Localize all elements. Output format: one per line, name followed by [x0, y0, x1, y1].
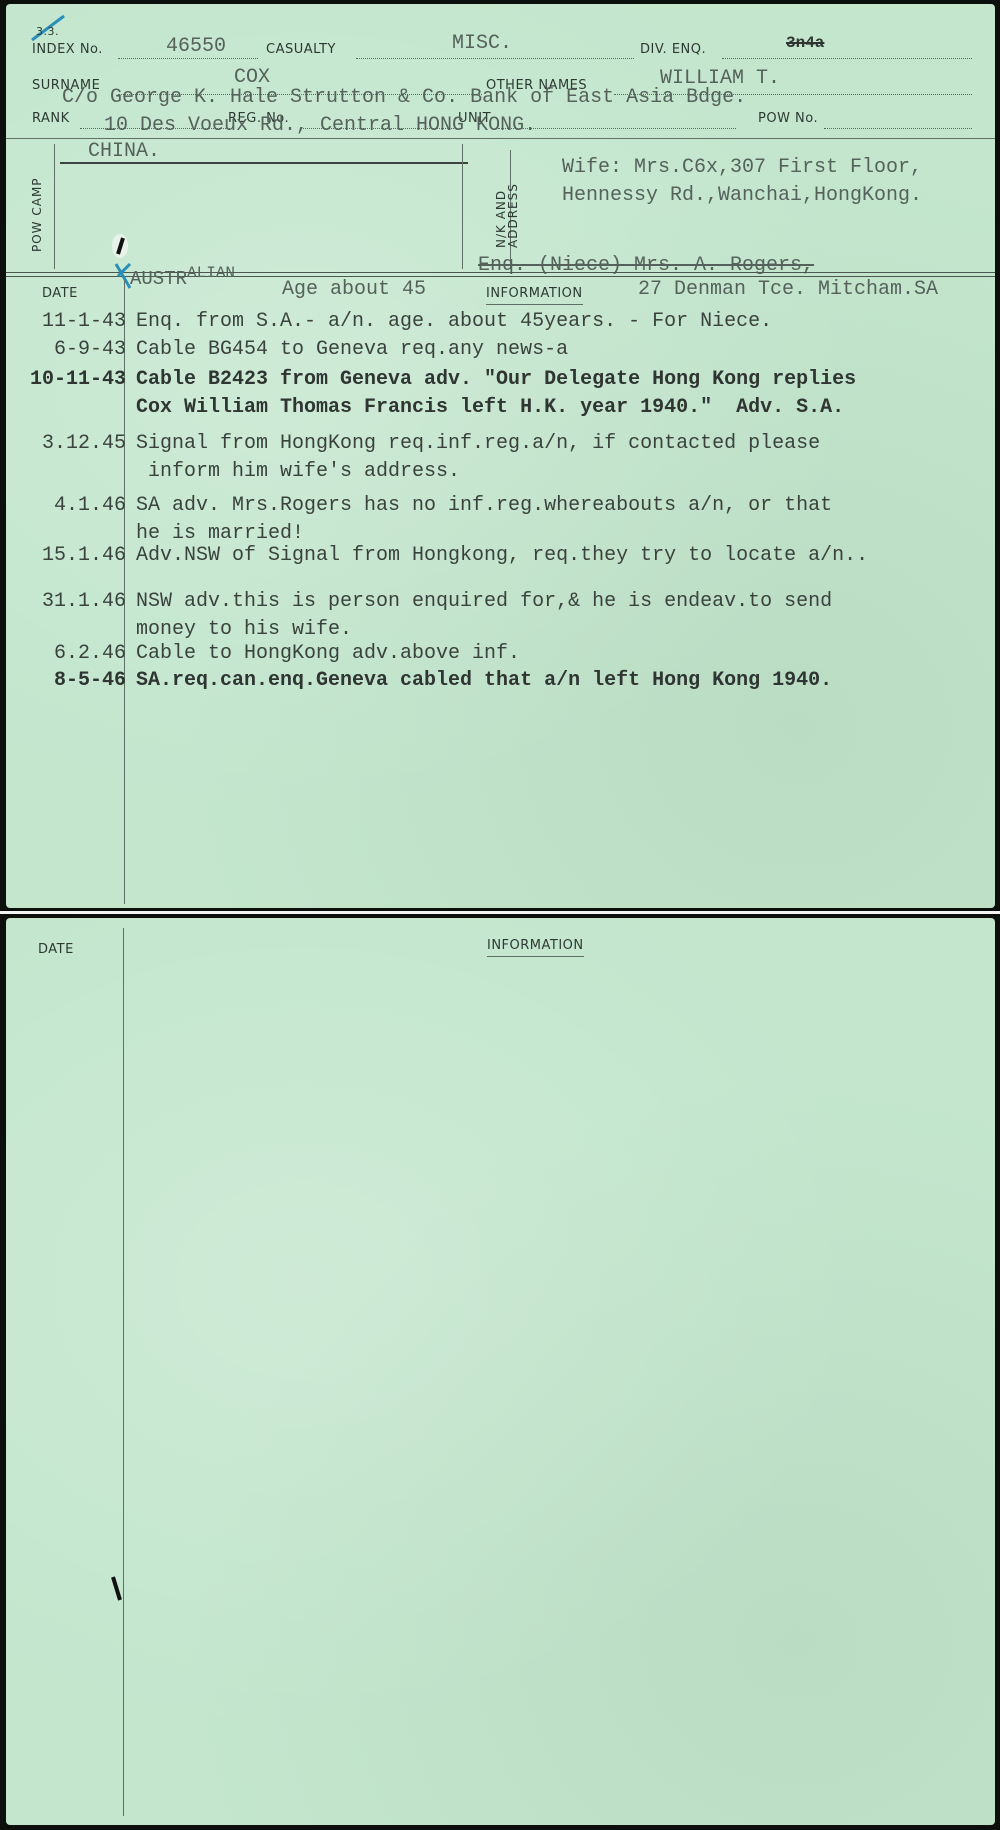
- entry-date: 10-11-43: [14, 368, 126, 391]
- index-value: 46550: [166, 35, 226, 58]
- record-card-front: 3.3. INDEX No. 46550 CASUALTY MISC. DIV.…: [6, 4, 995, 908]
- entry-date: 31.1.46: [14, 590, 126, 613]
- casualty-label: CASUALTY: [266, 42, 336, 57]
- nk-address-line1: Wife: Mrs.C6x,307 First Floor,: [562, 156, 922, 179]
- entry-text: Signal from HongKong req.inf.reg.a/n, if…: [136, 432, 820, 455]
- casualty-dots: [356, 58, 634, 59]
- entry-date: 8-5-46: [14, 669, 126, 692]
- back-information-header: INFORMATION: [487, 938, 584, 957]
- age-note: Age about 45: [282, 278, 426, 301]
- card-separator: [0, 911, 1000, 914]
- typed-rule: [60, 162, 468, 164]
- div-enq-dots: [722, 58, 972, 59]
- entry-text: Cox William Thomas Francis left H.K. yea…: [136, 396, 844, 419]
- entry-text: money to his wife.: [136, 618, 352, 641]
- information-header: INFORMATION: [486, 286, 583, 305]
- casualty-value: MISC.: [452, 32, 512, 55]
- entry-text: inform him wife's address.: [136, 460, 460, 483]
- entry-text: Adv.NSW of Signal from Hongkong, req.the…: [136, 544, 868, 567]
- entry-text: SA adv. Mrs.Rogers has no inf.reg.wherea…: [136, 494, 832, 517]
- nk-left-rule: [462, 144, 463, 269]
- address-line-2: 10 Des Voeux Rd., Central HONG KONG.: [104, 114, 536, 137]
- nk-struck-enquiry: Enq. (Niece) Mrs. A. Rogers,: [478, 254, 814, 277]
- niece-address: 27 Denman Tce. Mitcham.SA: [638, 278, 938, 301]
- entry-text: Cable B2423 from Geneva adv. "Our Delega…: [136, 368, 856, 391]
- entry-date: 11-1-43: [14, 310, 126, 333]
- nk-label-line2: ADDRESS: [506, 183, 520, 248]
- nk-address-line2: Hennessy Rd.,Wanchai,HongKong.: [562, 184, 922, 207]
- index-dots: [118, 58, 258, 59]
- pow-no-dots: [824, 128, 972, 129]
- div-enq-value: 3n4a: [786, 34, 824, 52]
- entry-text: Cable to HongKong adv.above inf.: [136, 642, 520, 665]
- pow-camp-label: POW CAMP: [30, 177, 44, 252]
- back-punch-mark-icon: [110, 1574, 124, 1604]
- corner-code: 3.3.: [36, 25, 59, 38]
- nationality: AUSTRALIAN: [130, 268, 235, 290]
- entry-text: NSW adv.this is person enquired for,& he…: [136, 590, 832, 613]
- pow-camp-left-rule: [54, 144, 55, 269]
- index-label: INDEX No.: [32, 42, 103, 57]
- entry-text: SA.req.can.enq.Geneva cabled that a/n le…: [136, 669, 832, 692]
- rule-top-section: [6, 138, 995, 139]
- pow-no-label: POW No.: [758, 111, 818, 126]
- nationality-main: AUSTR: [130, 268, 187, 290]
- back-date-header: DATE: [38, 942, 74, 957]
- entry-text: Cable BG454 to Geneva req.any news-a: [136, 338, 568, 361]
- div-enq-label: DIV. ENQ.: [640, 42, 706, 57]
- entry-text: Enq. from S.A.- a/n. age. about 45years.…: [136, 310, 772, 333]
- entry-date: 3.12.45: [14, 432, 126, 455]
- entry-date: 6-9-43: [14, 338, 126, 361]
- back-date-column-rule: [123, 928, 124, 1816]
- address-line-3: CHINA.: [88, 140, 160, 163]
- entry-date: 15.1.46: [14, 544, 126, 567]
- nationality-superscript: ALIAN: [187, 264, 235, 282]
- entry-date: 4.1.46: [14, 494, 126, 517]
- date-header: DATE: [42, 286, 78, 301]
- punch-mark-icon: [110, 232, 130, 260]
- entry-text: he is married!: [136, 522, 304, 545]
- address-line-1: C/o George K. Hale Strutton & Co. Bank o…: [62, 86, 746, 109]
- record-card-back: DATE INFORMATION: [6, 918, 995, 1825]
- entry-date: 6.2.46: [14, 642, 126, 665]
- rank-label: RANK: [32, 111, 70, 126]
